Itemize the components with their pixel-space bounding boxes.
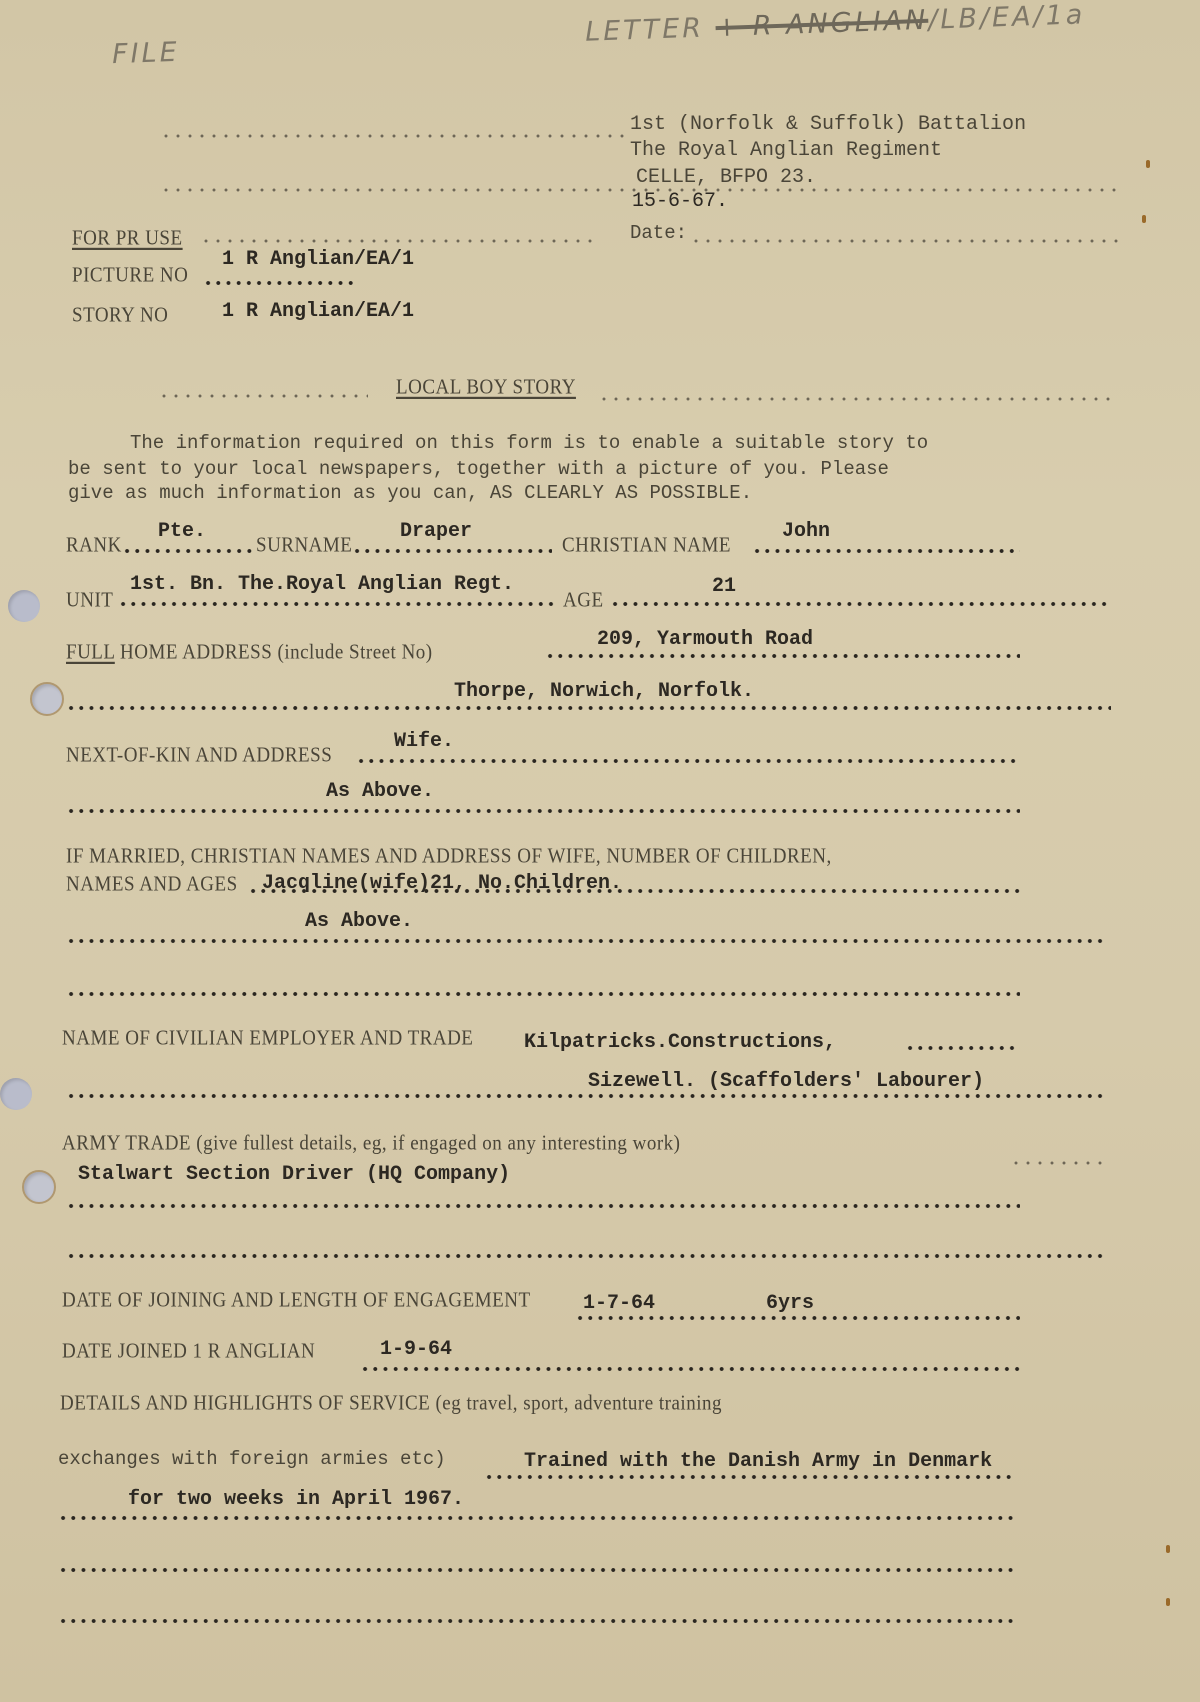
next-of-kin-address: As Above. bbox=[326, 780, 434, 803]
punch-hole-torn bbox=[30, 682, 64, 716]
punch-hole-torn bbox=[22, 1170, 56, 1204]
dotted-line bbox=[66, 1203, 1020, 1209]
date-joined-unit-label: DATE JOINED 1 R ANGLIAN bbox=[62, 1340, 315, 1364]
dotted-line bbox=[690, 238, 1120, 244]
home-address-line-1: 209, Yarmouth Road bbox=[597, 628, 813, 651]
intro-line-3: give as much information as you can, AS … bbox=[68, 482, 752, 504]
age-value: 21 bbox=[712, 575, 736, 598]
punch-hole bbox=[8, 590, 40, 622]
service-details-value-line-2: for two weeks in April 1967. bbox=[128, 1488, 464, 1511]
dotted-line bbox=[58, 1515, 1018, 1521]
service-details-label-line-2: exchanges with foreign armies etc) bbox=[58, 1448, 446, 1470]
date-value: 15-6-67. bbox=[632, 190, 728, 213]
married-address: As Above. bbox=[305, 910, 413, 933]
christian-name-label: CHRISTIAN NAME bbox=[562, 534, 731, 558]
dotted-line bbox=[1010, 1160, 1110, 1166]
next-of-kin-value: Wife. bbox=[394, 730, 454, 753]
home-address-label-full: FULL bbox=[66, 641, 115, 664]
christian-name-value: John bbox=[782, 520, 830, 543]
story-no-label: STORY NO bbox=[72, 304, 168, 328]
intro-line-1: The information required on this form is… bbox=[130, 432, 928, 454]
dotted-line bbox=[545, 653, 1020, 659]
letter-annotation-struck: + R ANGLIAN bbox=[715, 5, 929, 43]
story-no-value: 1 R Anglian/EA/1 bbox=[222, 300, 414, 323]
dotted-line bbox=[200, 238, 600, 244]
dotted-line bbox=[66, 991, 1020, 997]
date-label: Date: bbox=[630, 222, 687, 244]
letter-annotation-prefix: LETTER bbox=[585, 13, 705, 48]
unit-value: 1st. Bn. The.Royal Anglian Regt. bbox=[130, 573, 514, 596]
dotted-line bbox=[66, 705, 1111, 711]
unit-label: UNIT bbox=[66, 589, 113, 613]
home-address-label: FULL HOME ADDRESS (include Street No) bbox=[66, 641, 433, 665]
picture-no-label: PICTURE NO bbox=[72, 264, 188, 288]
civilian-employer-value: Kilpatricks.Constructions, bbox=[524, 1031, 836, 1054]
age-label: AGE bbox=[563, 589, 604, 613]
army-trade-value: Stalwart Section Driver (HQ Company) bbox=[78, 1163, 510, 1186]
dotted-line bbox=[58, 1618, 1018, 1624]
letter-annotation: LETTER + R ANGLIAN/LB/EA/1a bbox=[585, 0, 1086, 48]
army-trade-label: ARMY TRADE (give fullest details, eg, if… bbox=[62, 1132, 681, 1156]
letter-annotation-suffix: /LB/EA/1a bbox=[928, 0, 1086, 36]
engagement-length-value: 6yrs bbox=[766, 1292, 814, 1315]
dotted-line bbox=[356, 758, 1020, 764]
dotted-line bbox=[248, 888, 1020, 894]
address-line-3: CELLE, BFPO 23. bbox=[636, 166, 816, 189]
dotted-line bbox=[66, 808, 1020, 814]
dotted-line bbox=[66, 938, 1106, 944]
home-address-label-text: HOME ADDRESS (include Street No) bbox=[120, 641, 433, 664]
date-joining-label: DATE OF JOINING AND LENGTH OF ENGAGEMENT bbox=[62, 1289, 531, 1313]
dotted-line bbox=[66, 1253, 1106, 1259]
date-joined-unit-value: 1-9-64 bbox=[380, 1338, 452, 1361]
rust-stain bbox=[1146, 160, 1150, 168]
civilian-trade-value: Sizewell. (Scaffolders' Labourer) bbox=[588, 1070, 984, 1093]
form-title: LOCAL BOY STORY bbox=[396, 376, 576, 400]
dotted-line bbox=[122, 548, 252, 554]
pr-use-heading: FOR PR USE bbox=[72, 227, 183, 251]
dotted-line bbox=[360, 1366, 1020, 1372]
rank-label: RANK bbox=[66, 534, 122, 558]
dotted-line bbox=[610, 601, 1110, 607]
rust-stain bbox=[1166, 1545, 1170, 1553]
intro-line-2: be sent to your local newspapers, togeth… bbox=[68, 458, 889, 480]
picture-no-value: 1 R Anglian/EA/1 bbox=[222, 248, 414, 271]
punch-hole bbox=[0, 1078, 32, 1110]
surname-label: SURNAME bbox=[256, 534, 352, 558]
dotted-line bbox=[160, 133, 630, 139]
dotted-line bbox=[598, 396, 1118, 402]
surname-value: Draper bbox=[400, 520, 472, 543]
dotted-line bbox=[158, 393, 368, 399]
dotted-line bbox=[352, 548, 552, 554]
service-details-value-line-1: Trained with the Danish Army in Denmark bbox=[524, 1450, 992, 1473]
dotted-line bbox=[58, 1567, 1018, 1573]
rust-stain bbox=[1166, 1598, 1170, 1606]
dotted-line bbox=[118, 601, 558, 607]
married-label-line-1: IF MARRIED, CHRISTIAN NAMES AND ADDRESS … bbox=[66, 845, 832, 869]
address-line-2: The Royal Anglian Regiment bbox=[630, 139, 942, 162]
dotted-line bbox=[484, 1474, 1014, 1480]
dotted-line bbox=[905, 1045, 1020, 1051]
dotted-line bbox=[752, 548, 1020, 554]
rank-value: Pte. bbox=[158, 520, 206, 543]
document-page: FILE LETTER + R ANGLIAN/LB/EA/1a 1st (No… bbox=[0, 0, 1200, 1702]
service-details-label-line-1: DETAILS AND HIGHLIGHTS OF SERVICE (eg tr… bbox=[60, 1392, 722, 1416]
home-address-line-2: Thorpe, Norwich, Norfolk. bbox=[454, 680, 754, 703]
address-line-1: 1st (Norfolk & Suffolk) Battalion bbox=[630, 113, 1026, 136]
civilian-employer-label: NAME OF CIVILIAN EMPLOYER AND TRADE bbox=[62, 1027, 473, 1051]
file-annotation: FILE bbox=[111, 37, 180, 70]
dotted-line bbox=[66, 1093, 1106, 1099]
date-joining-value: 1-7-64 bbox=[583, 1292, 655, 1315]
next-of-kin-label: NEXT-OF-KIN AND ADDRESS bbox=[66, 744, 332, 768]
dotted-line bbox=[203, 280, 353, 286]
rust-stain bbox=[1142, 215, 1146, 223]
married-label-line-2: NAMES AND AGES bbox=[66, 873, 238, 897]
dotted-line bbox=[575, 1315, 1020, 1321]
